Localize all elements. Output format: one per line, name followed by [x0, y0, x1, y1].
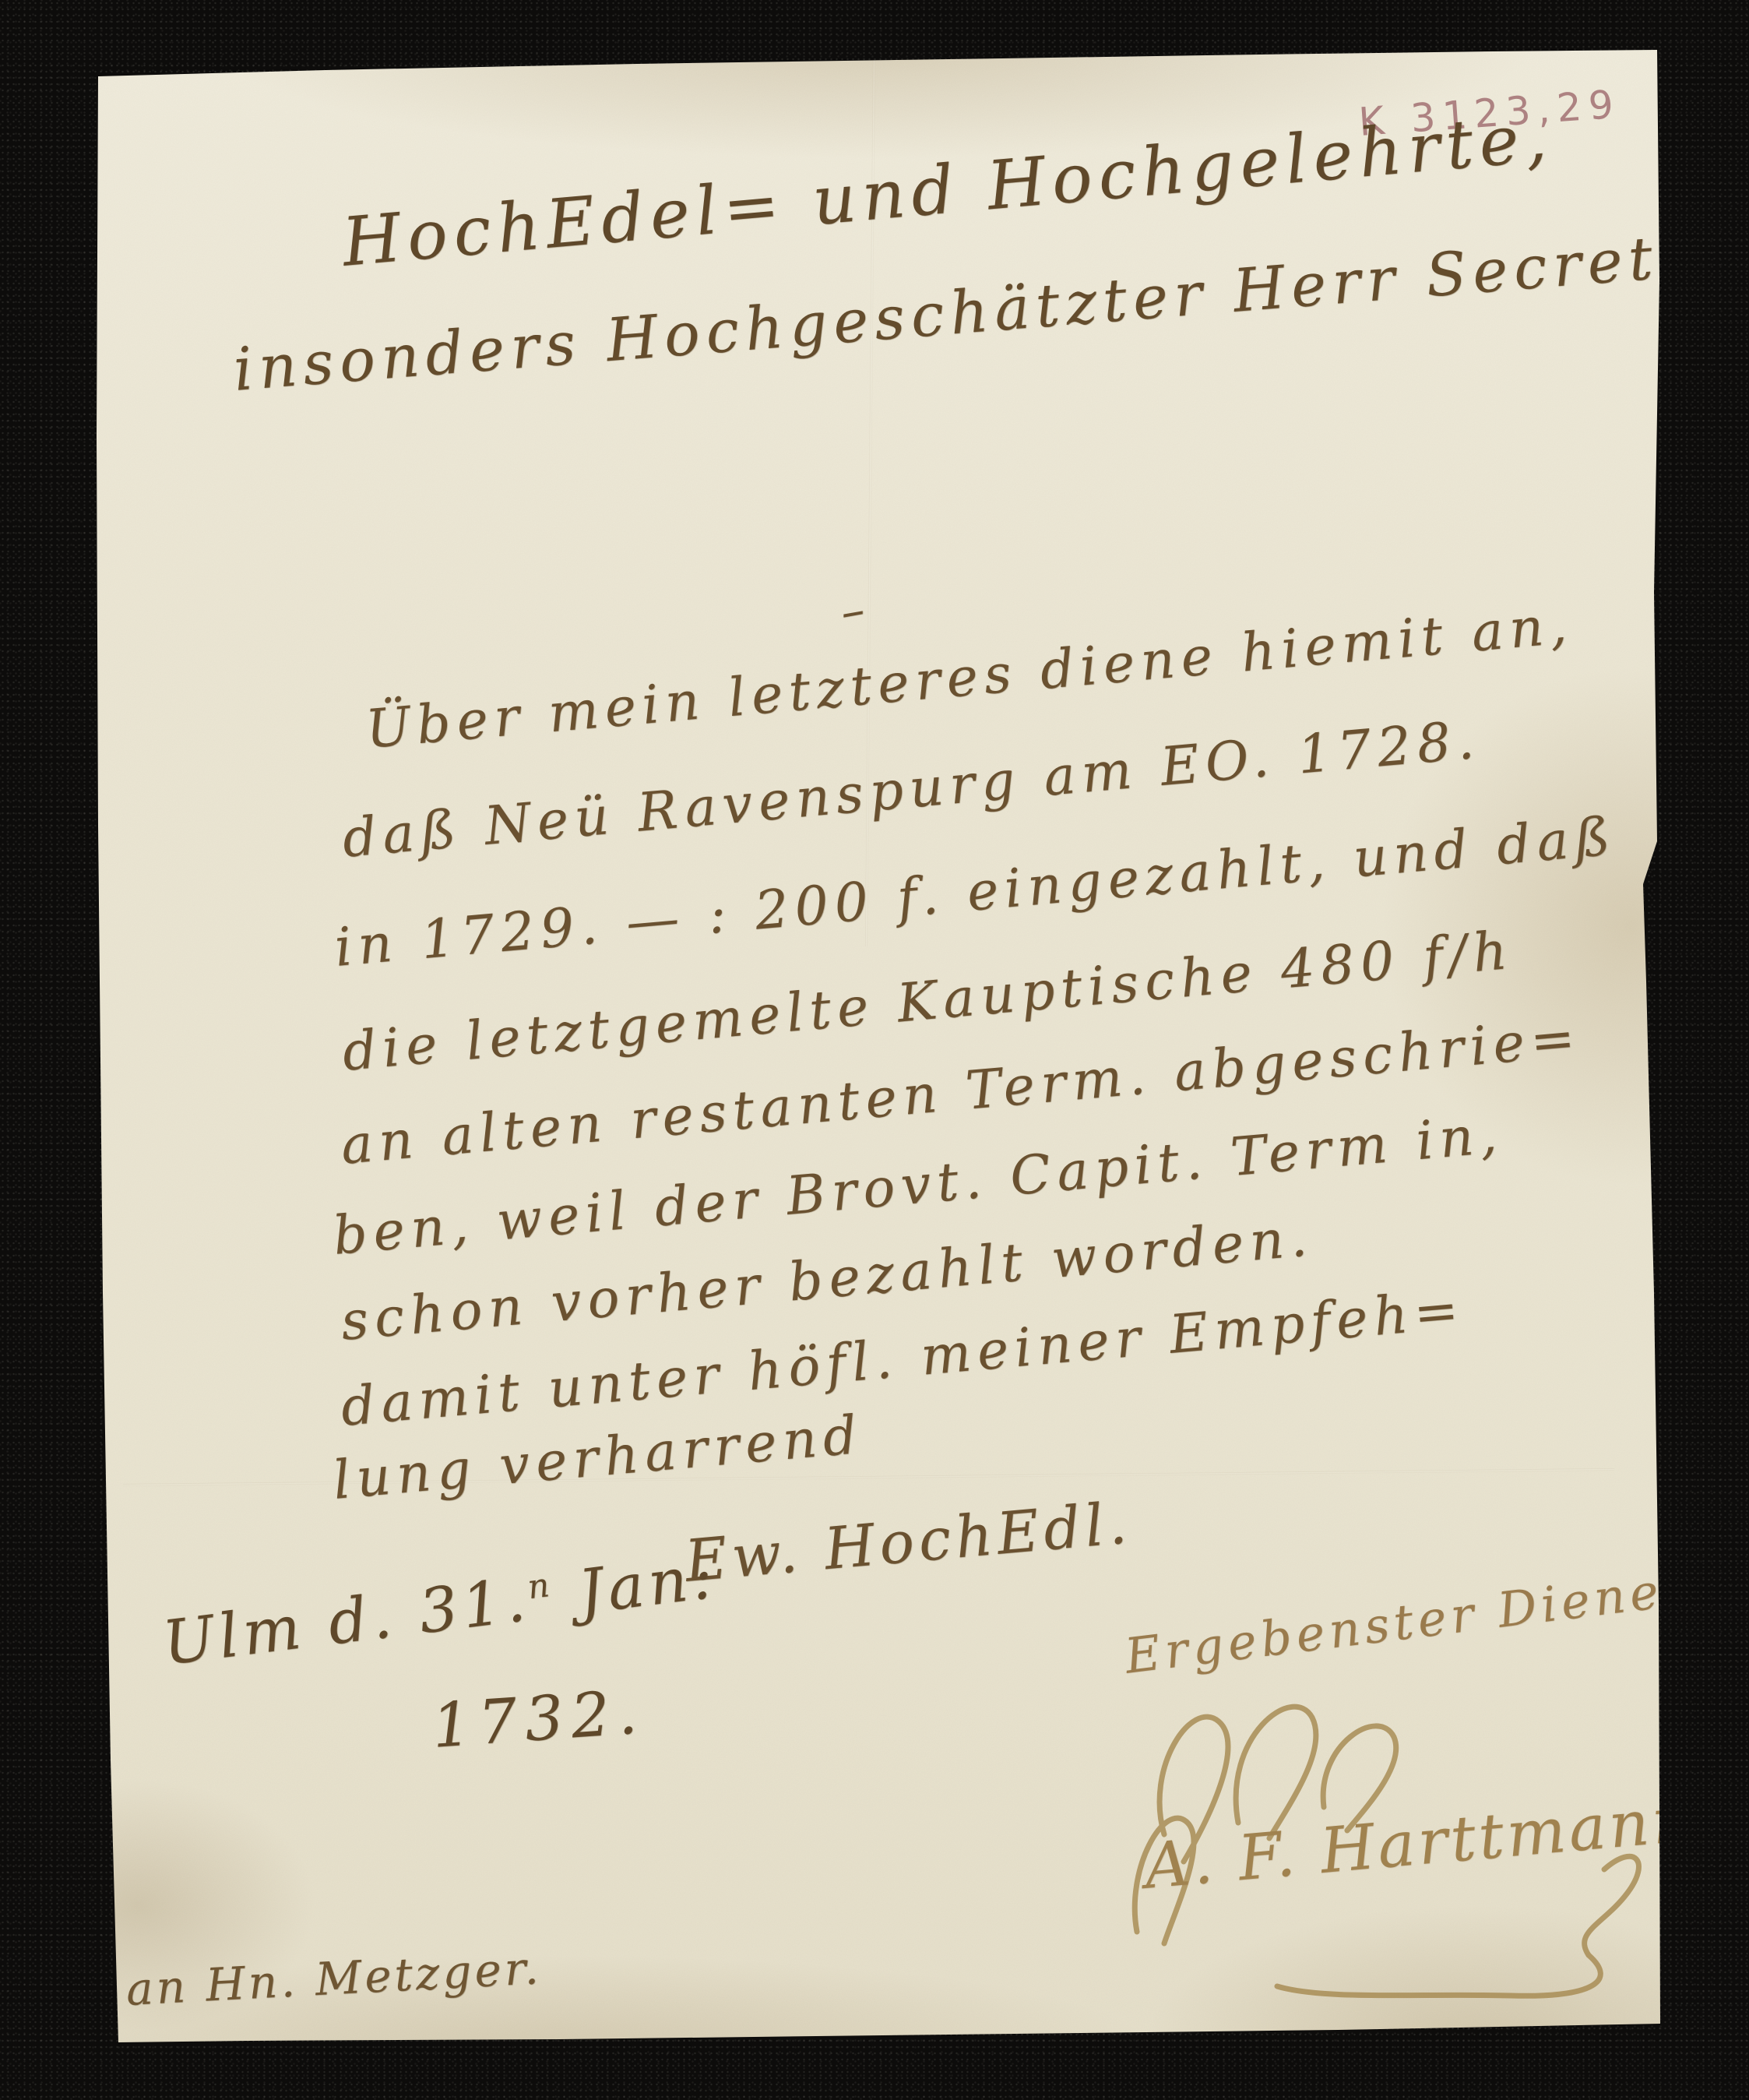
valediction: Ew. HochEdl.	[682, 1489, 1134, 1595]
place-date-month: Jan:	[551, 1542, 721, 1631]
place-date-line: Ulm d. 31.n Jan:	[160, 1542, 721, 1679]
letter-paper: K 3123,29 HochEdel= und Hochgelehrte, in…	[92, 47, 1662, 2045]
signature-name: A. F. Harttmann	[1142, 1782, 1698, 1902]
separator-mark: –	[836, 582, 869, 640]
closing-phrase: Ergebenster Diener,	[1122, 1557, 1709, 1685]
place-date-main: Ulm d. 31.	[160, 1565, 533, 1679]
recipient-note: an Hn. Metzger.	[125, 1941, 543, 2016]
date-year: 1732.	[430, 1677, 647, 1762]
photo-backdrop: K 3123,29 HochEdel= und Hochgelehrte, in…	[0, 0, 1749, 2100]
